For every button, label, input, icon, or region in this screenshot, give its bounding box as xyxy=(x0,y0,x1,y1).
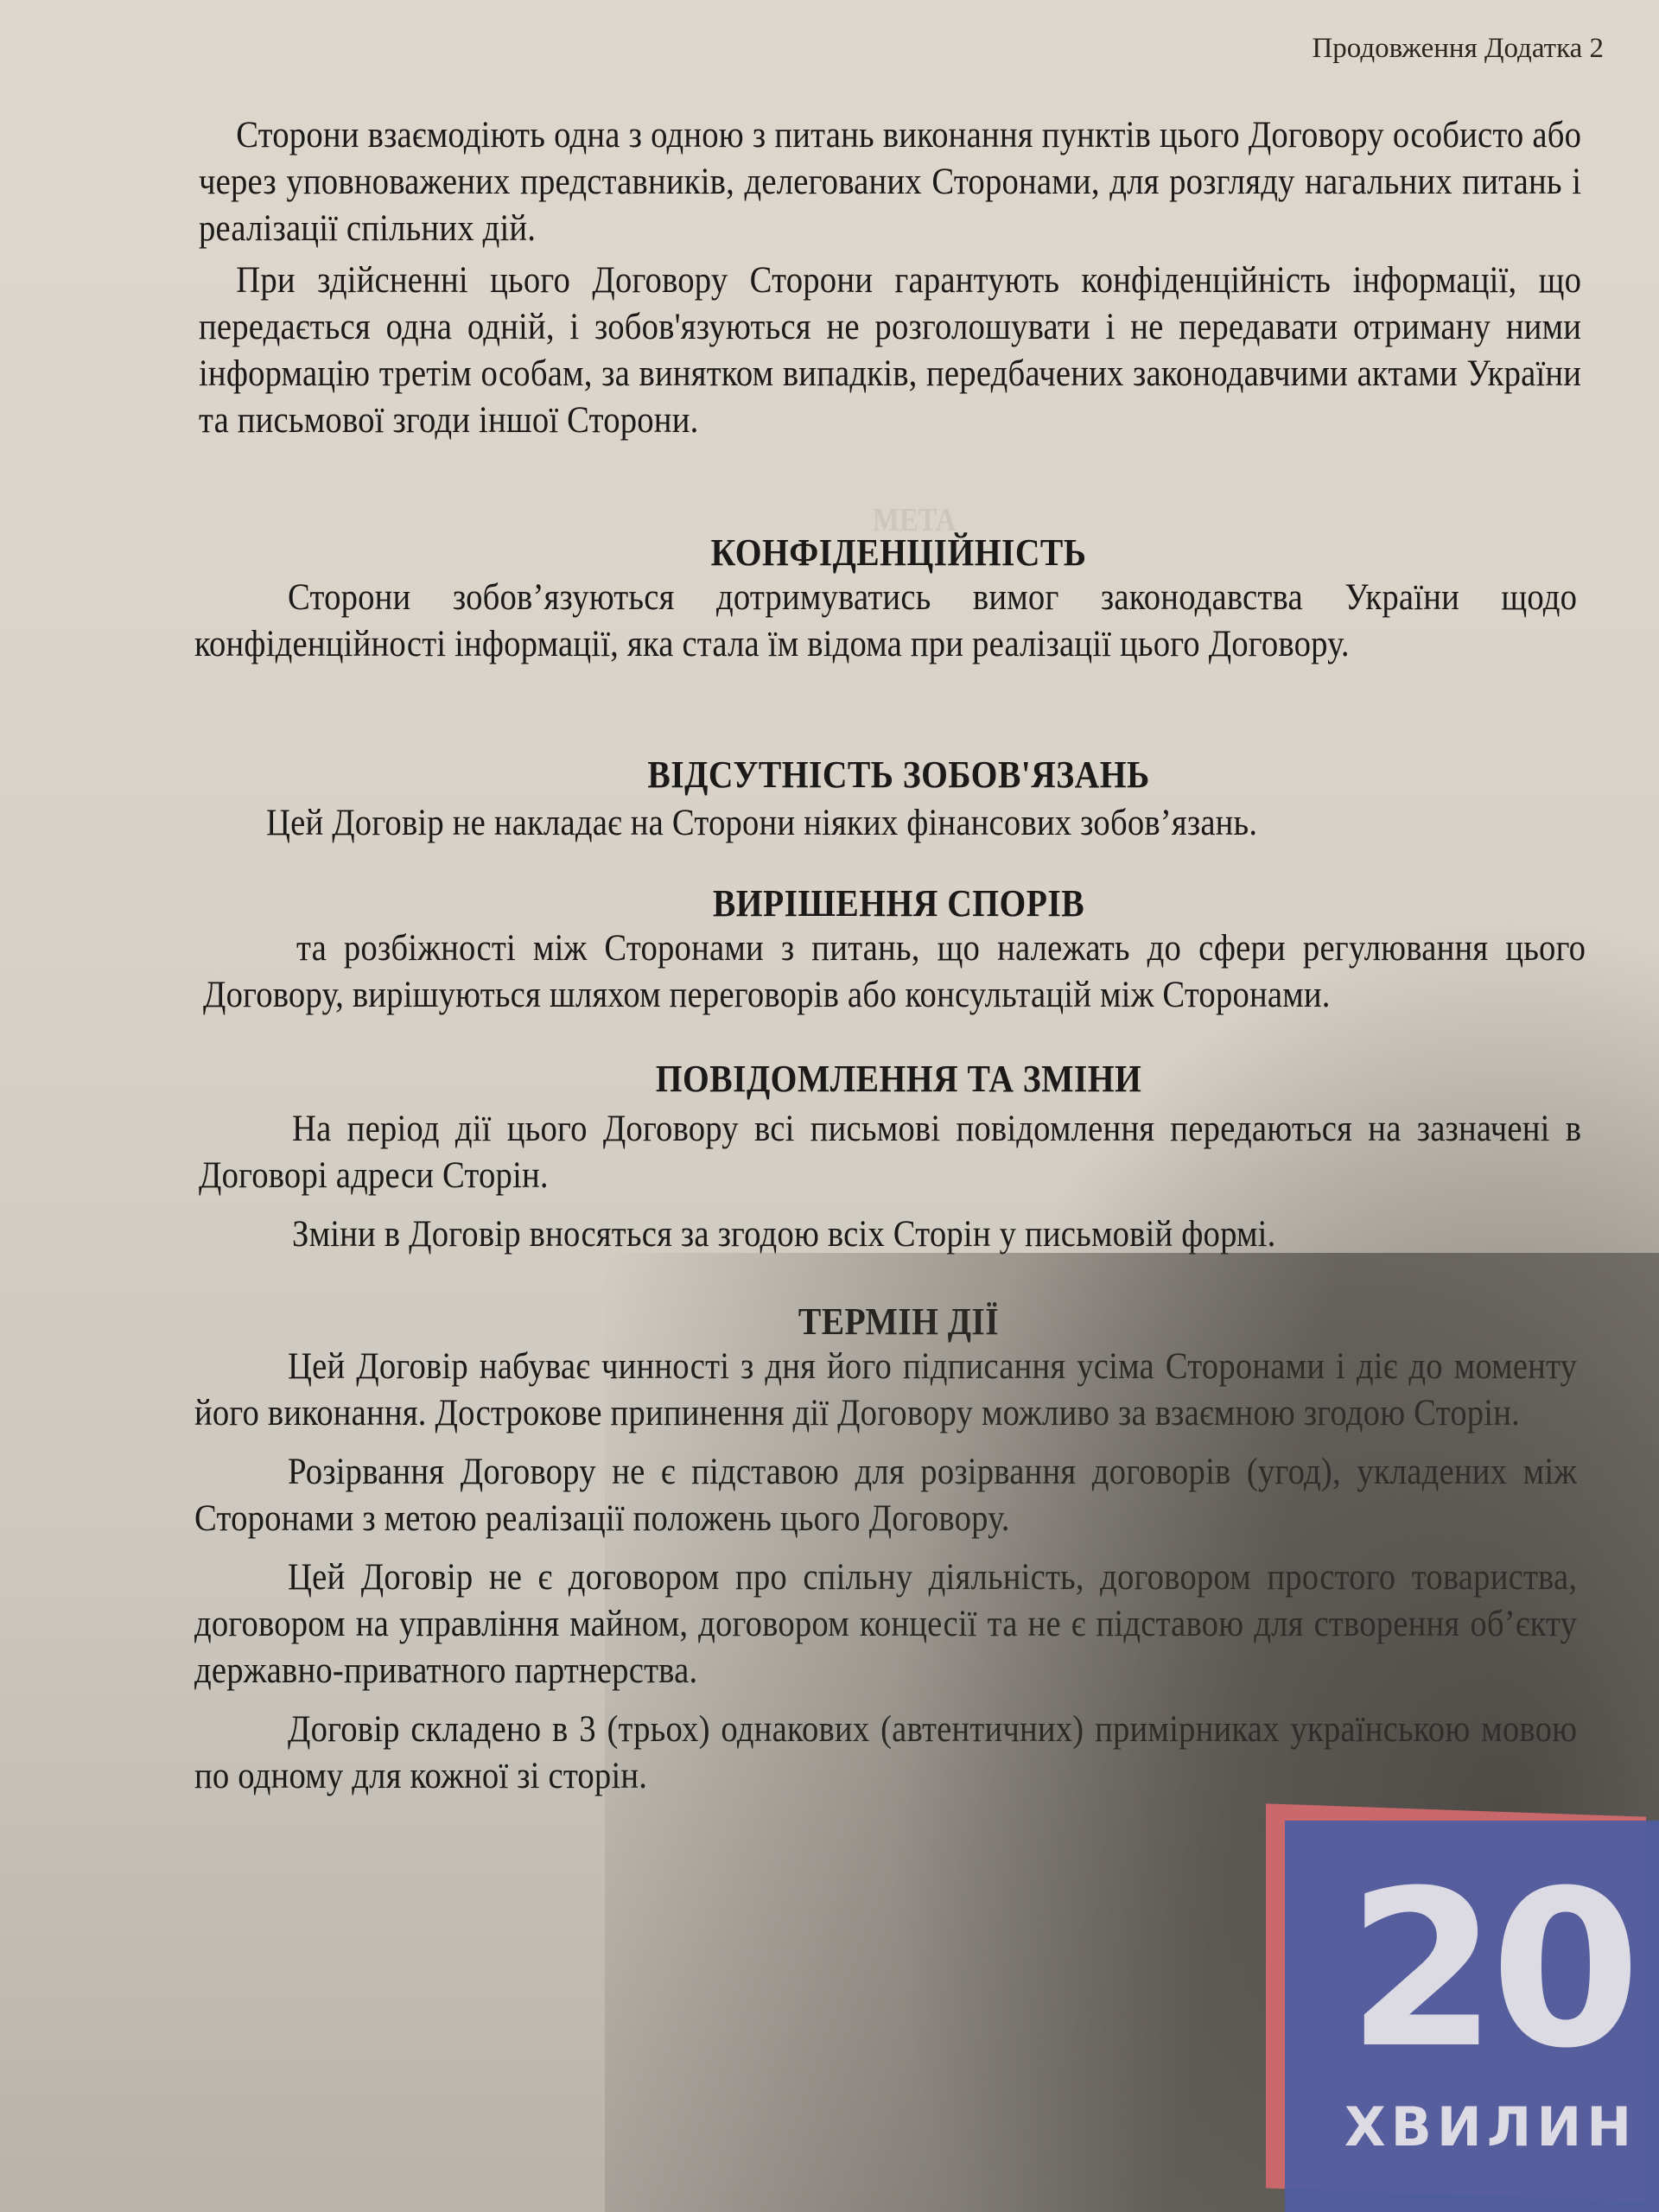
section-heading-dispute-resolution: ВИРІШЕННЯ СПОРІВ xyxy=(276,881,1521,925)
section-heading-no-obligations: ВІДСУТНІСТЬ ЗОБОВ'ЯЗАНЬ xyxy=(276,753,1521,797)
section-paragraph: Цей Договір набуває чинності з дня його … xyxy=(194,1344,1577,1437)
section-paragraph: Цей Договір не накладає на Сторони ніяки… xyxy=(173,800,1555,847)
logo-word: ХВИЛИН xyxy=(1344,2095,1637,2158)
watermark-logo: 20 ХВИЛИН xyxy=(1266,1810,1659,2212)
logo-number: 20 xyxy=(1344,1862,1637,2078)
section-heading-term: ТЕРМІН ДІЇ xyxy=(276,1300,1521,1344)
intro-paragraph: При здійсненні цього Договору Сторони га… xyxy=(199,257,1581,444)
section-paragraph: Зміни в Договір вносяться за згодою всіх… xyxy=(199,1211,1581,1258)
section-heading-confidentiality: КОНФІДЕНЦІЙНІСТЬ xyxy=(276,531,1521,575)
section-paragraph: Сторони зобов’язуються дотримуватись вим… xyxy=(194,575,1577,668)
section-paragraph: Договір складено в 3 (трьох) однакових (… xyxy=(194,1707,1577,1800)
intro-paragraph: Сторони взаємодіють одна з одною з питан… xyxy=(199,112,1581,252)
document-body: Сторони взаємодіють одна з одною з питан… xyxy=(207,112,1590,1800)
section-paragraph: Цей Договір не є договором про спільну д… xyxy=(194,1554,1577,1694)
section-paragraph: На період дії цього Договору всі письмов… xyxy=(199,1106,1581,1199)
section-heading-notices-and-changes: ПОВІДОМЛЕННЯ ТА ЗМІНИ xyxy=(276,1057,1521,1101)
section-paragraph: та розбіжності між Сторонами з питань, щ… xyxy=(203,925,1586,1019)
section-paragraph: Розірвання Договору не є підставою для р… xyxy=(194,1449,1577,1542)
appendix-continuation-note: Продовження Додатка 2 xyxy=(1312,33,1604,65)
